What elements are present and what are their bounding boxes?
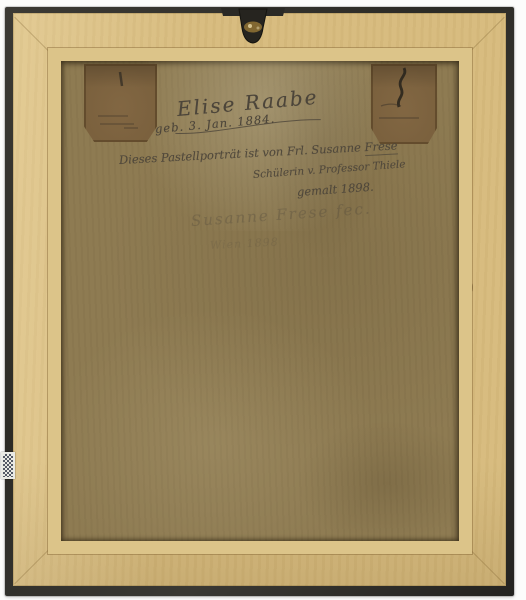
miter-line xyxy=(467,17,504,54)
inscription-faint-note: Wien 1898 xyxy=(210,235,279,252)
miter-line xyxy=(14,17,51,54)
patch-marks-icon xyxy=(84,64,157,142)
hanging-hook-icon xyxy=(213,1,293,51)
patch-marks-icon xyxy=(371,64,437,144)
miter-line xyxy=(14,547,51,584)
attribution-artist-name: Frese xyxy=(364,138,398,156)
miter-line xyxy=(467,547,504,584)
picture-frame-back: Elise Raabe geb. 3. Jan. 1884. Dieses Pa… xyxy=(5,7,514,596)
photo-backdrop: Elise Raabe geb. 3. Jan. 1884. Dieses Pa… xyxy=(0,0,526,600)
backing-board: Elise Raabe geb. 3. Jan. 1884. Dieses Pa… xyxy=(13,13,506,586)
qr-code-sticker xyxy=(1,452,15,479)
tape-patch-right xyxy=(371,64,437,144)
inner-stretcher-frame: Elise Raabe geb. 3. Jan. 1884. Dieses Pa… xyxy=(48,48,472,554)
canvas-back-panel: Elise Raabe geb. 3. Jan. 1884. Dieses Pa… xyxy=(61,61,459,541)
tape-patch-left xyxy=(84,64,157,142)
